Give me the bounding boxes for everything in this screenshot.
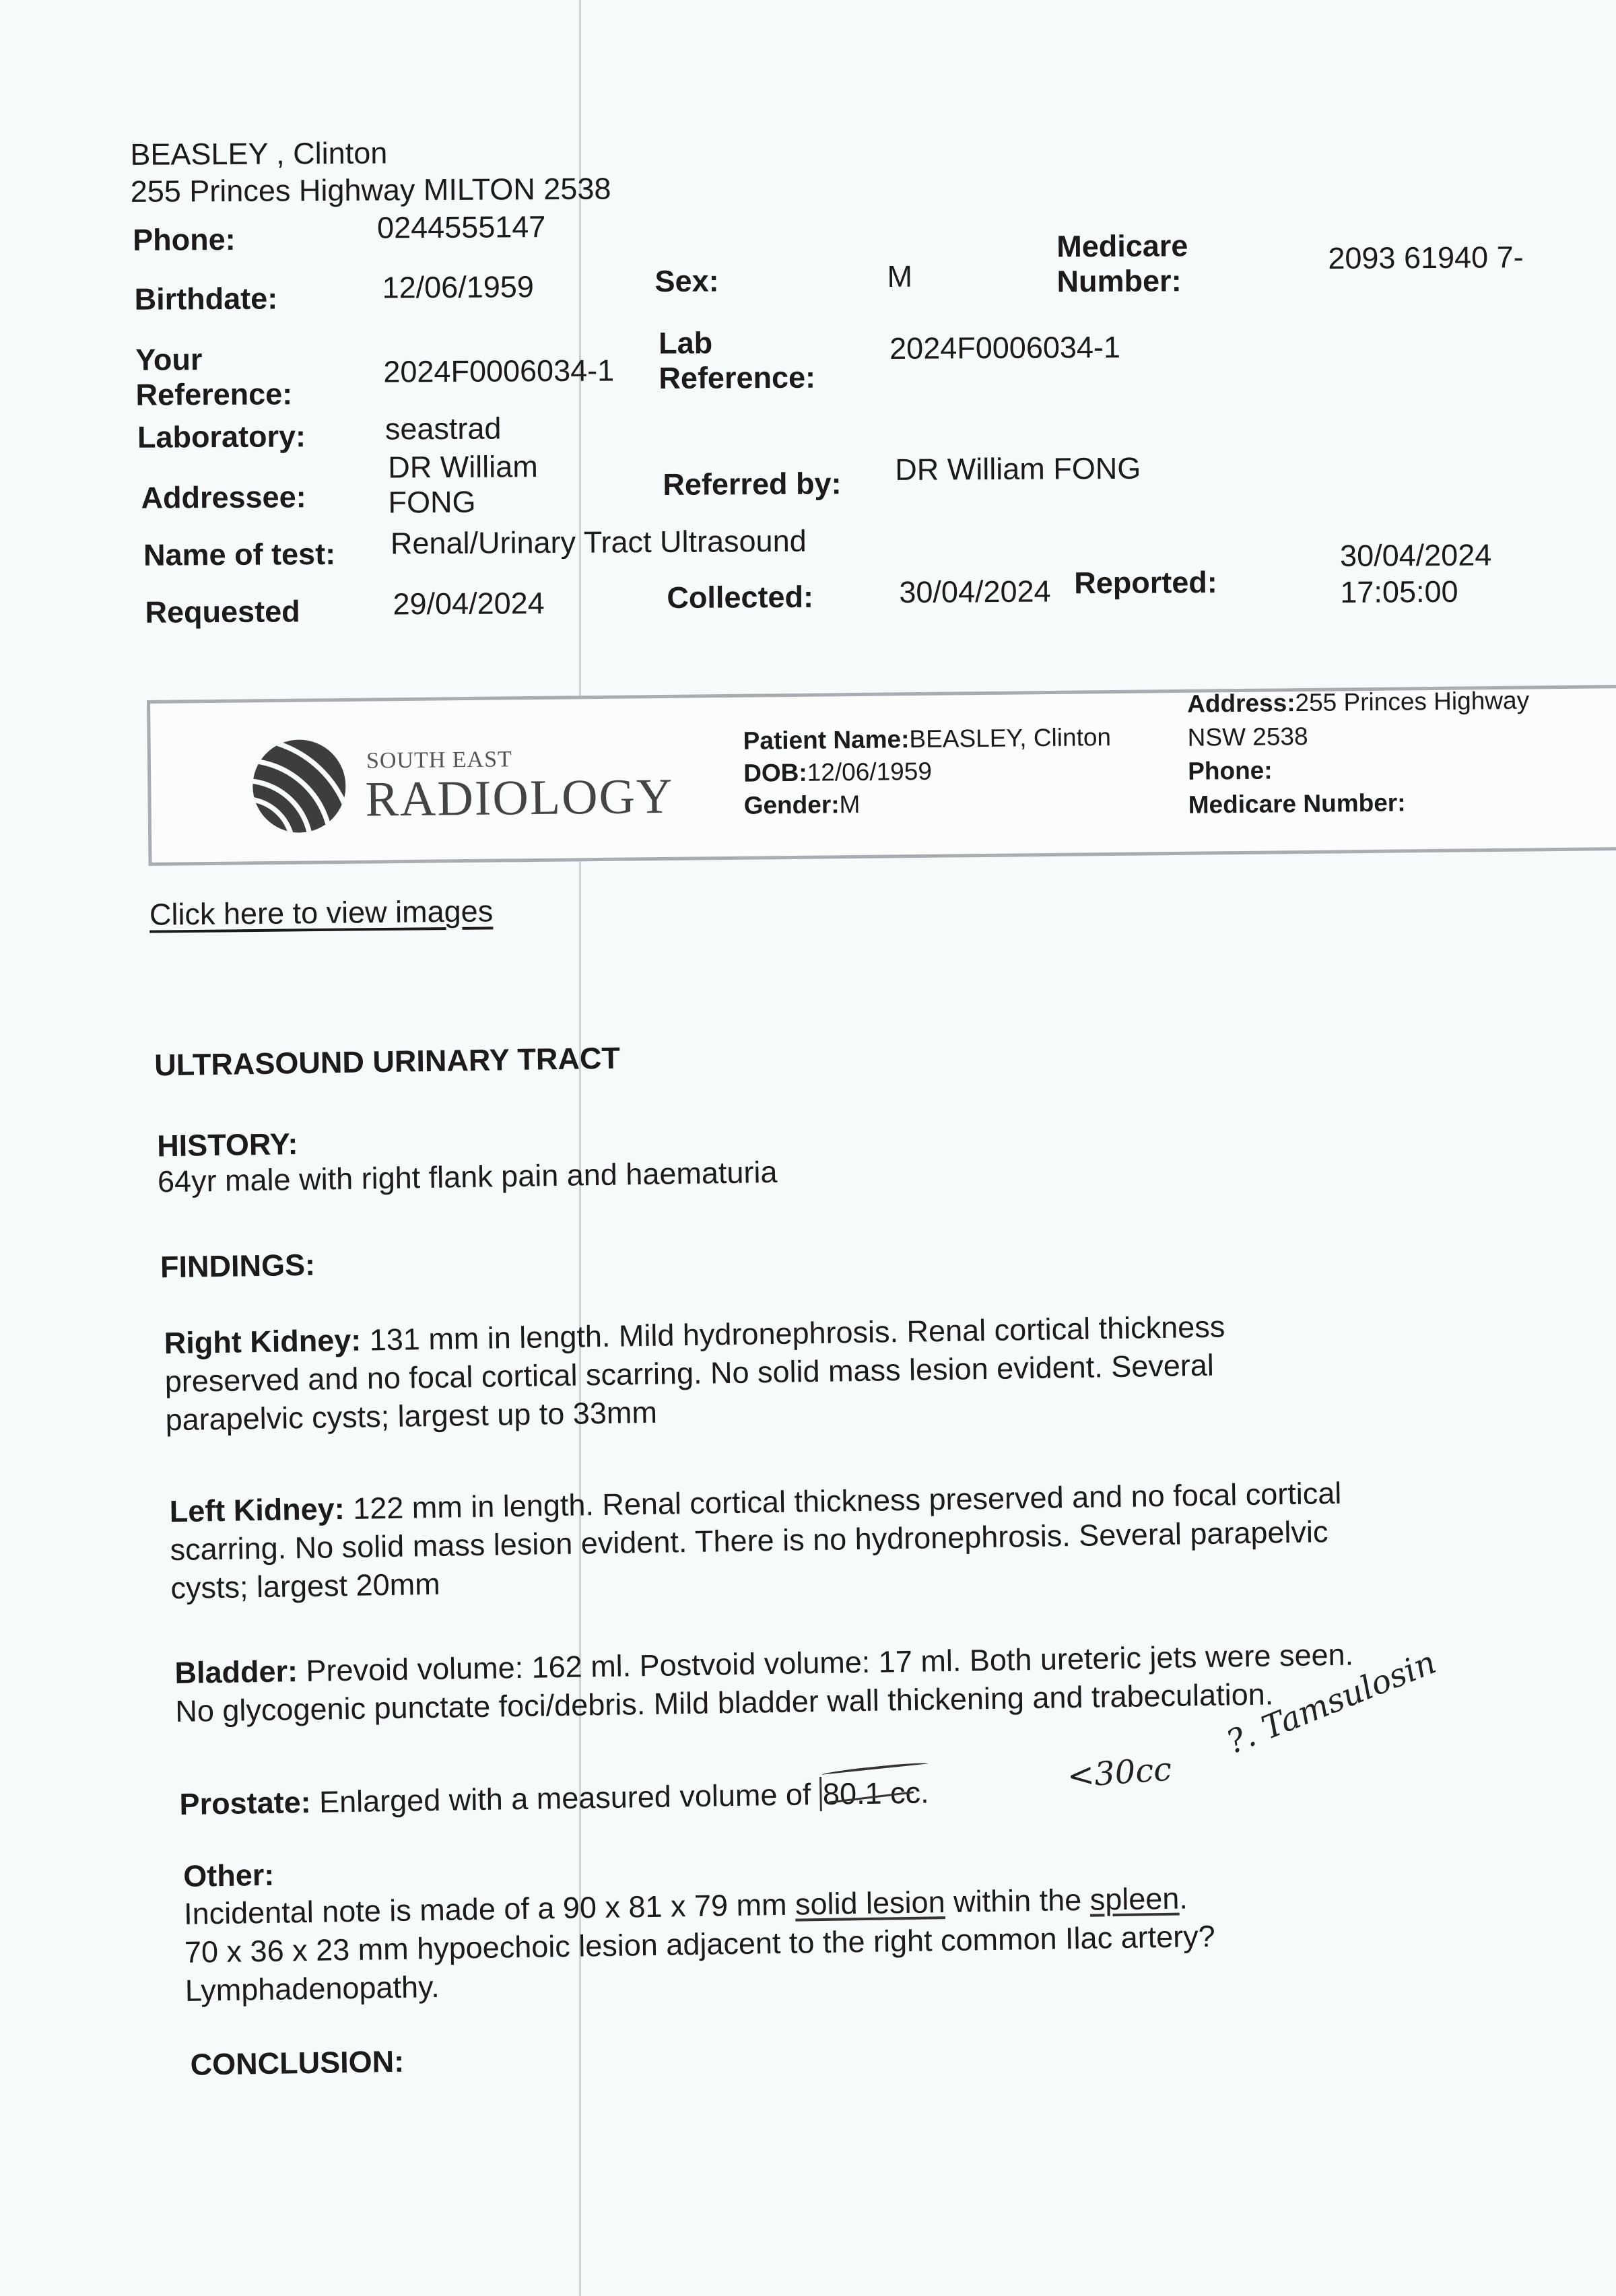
other-underlined-solid-lesion: solid lesion xyxy=(795,1885,945,1921)
prostate-label: Prostate: xyxy=(179,1785,311,1821)
birthdate-label: Birthdate: xyxy=(135,281,278,316)
medicare-label: Medicare Number: xyxy=(1056,228,1232,300)
patient-name-line: BEASLEY , Clinton xyxy=(130,135,387,172)
radiology-banner: SOUTH EAST RADIOLOGY Patient Name:BEASLE… xyxy=(147,685,1616,866)
patient-header: BEASLEY , Clinton 255 Princes Highway MI… xyxy=(0,0,1616,646)
addressee-label: Addressee: xyxy=(141,479,306,515)
phone-value: 0244555147 xyxy=(377,209,546,246)
bladder-label: Bladder: xyxy=(174,1654,298,1690)
bladder-text: Prevoid volume: 162 ml. Postvoid volume:… xyxy=(175,1637,1353,1728)
phone-label: Phone: xyxy=(133,222,236,258)
address-label: Address: xyxy=(1187,689,1295,718)
banner-gender: Gender:M xyxy=(743,788,860,823)
findings-heading: FINDINGS: xyxy=(160,1248,316,1285)
other-text-2: within the xyxy=(945,1883,1090,1919)
left-kidney-label: Left Kidney: xyxy=(169,1491,345,1528)
other-text-1: Incidental note is made of a 90 x 81 x 7… xyxy=(184,1887,796,1931)
prostate-text-end: . xyxy=(920,1775,929,1809)
other-underlined-spleen: spleen xyxy=(1089,1881,1179,1917)
reported-date: 30/04/2024 xyxy=(1340,537,1492,573)
your-reference-label: Your Reference: xyxy=(135,341,338,413)
birthdate-value: 12/06/1959 xyxy=(382,269,534,305)
reported-time: 17:05:00 xyxy=(1340,574,1458,610)
referred-by-value: DR William FONG xyxy=(895,451,1141,487)
addressee-value: DR William FONG xyxy=(388,449,591,520)
report-body: ULTRASOUND URINARY TRACT HISTORY: 64yr m… xyxy=(0,984,1616,2154)
laboratory-label: Laboratory: xyxy=(137,419,306,455)
gender-value: M xyxy=(839,790,860,818)
banner-dob: DOB:12/06/1959 xyxy=(743,755,932,790)
other-text-3: . xyxy=(1179,1881,1188,1915)
conclusion-heading: CONCLUSION: xyxy=(190,2044,404,2083)
prostate-finding: Prostate: Enlarged with a measured volum… xyxy=(179,1766,1365,1823)
lab-reference-value: 2024F0006034-1 xyxy=(889,330,1120,366)
laboratory-value: seastrad xyxy=(385,411,502,446)
bladder-finding: Bladder: Prevoid volume: 162 ml. Postvoi… xyxy=(174,1635,1361,1730)
collected-value: 30/04/2024 xyxy=(899,574,1051,609)
dob-label: DOB: xyxy=(743,759,807,787)
banner-address: Address:255 Princes Highway xyxy=(1187,684,1529,721)
name-of-test-value: Renal/Urinary Tract Ultrasound xyxy=(391,524,807,562)
banner-patient-name: Patient Name:BEASLEY, Clinton xyxy=(743,720,1111,758)
medicare-value: 2093 61940 7- xyxy=(1328,240,1524,276)
address-line1: 255 Princes Highway xyxy=(1295,687,1529,717)
sex-label: Sex: xyxy=(654,263,718,299)
banner-phone-label: Phone: xyxy=(1188,754,1273,788)
other-finding: Incidental note is made of a 90 x 81 x 7… xyxy=(184,1875,1464,2010)
dob-value: 12/06/1959 xyxy=(807,757,933,786)
referred-by-label: Referred by: xyxy=(663,466,841,502)
requested-value: 29/04/2024 xyxy=(393,586,545,621)
handwritten-note-volume: <30cc xyxy=(1066,1751,1173,1796)
patient-name-value: BEASLEY, Clinton xyxy=(909,723,1111,753)
your-reference-value: 2024F0006034-1 xyxy=(383,353,614,389)
name-of-test-label: Name of test: xyxy=(143,537,335,573)
reported-label: Reported: xyxy=(1074,565,1217,601)
banner-medicare-label: Medicare Number: xyxy=(1188,786,1405,821)
right-kidney-finding: Right Kidney: 131 mm in length. Mild hyd… xyxy=(164,1306,1350,1440)
prostate-volume-annotated: 80.1 cc xyxy=(819,1776,921,1811)
history-heading: HISTORY: xyxy=(157,1126,298,1163)
requested-label: Requested xyxy=(145,594,300,630)
prostate-text: Enlarged with a measured volume of xyxy=(319,1777,811,1819)
lab-reference-label: Lab Reference: xyxy=(659,325,861,396)
right-kidney-label: Right Kidney: xyxy=(164,1323,361,1361)
left-kidney-finding: Left Kidney: 122 mm in length. Renal cor… xyxy=(169,1473,1355,1607)
brand-title: RADIOLOGY xyxy=(365,768,674,829)
left-kidney-text: 122 mm in length. Renal cortical thickne… xyxy=(170,1476,1341,1605)
other-heading: Other: xyxy=(183,1858,275,1894)
gender-label: Gender: xyxy=(743,790,839,819)
address-line2: NSW 2538 xyxy=(1187,720,1308,755)
patient-name-label: Patient Name: xyxy=(743,725,909,755)
report-title: ULTRASOUND URINARY TRACT xyxy=(154,1041,620,1083)
view-images-link[interactable]: Click here to view images xyxy=(149,893,494,932)
other-line-3: Lymphadenopathy. xyxy=(185,1969,440,2008)
patient-address-line: 255 Princes Highway MILTON 2538 xyxy=(131,171,611,209)
striped-globe-logo-icon xyxy=(248,735,351,838)
sex-value: M xyxy=(887,259,912,294)
collected-label: Collected: xyxy=(667,580,813,615)
